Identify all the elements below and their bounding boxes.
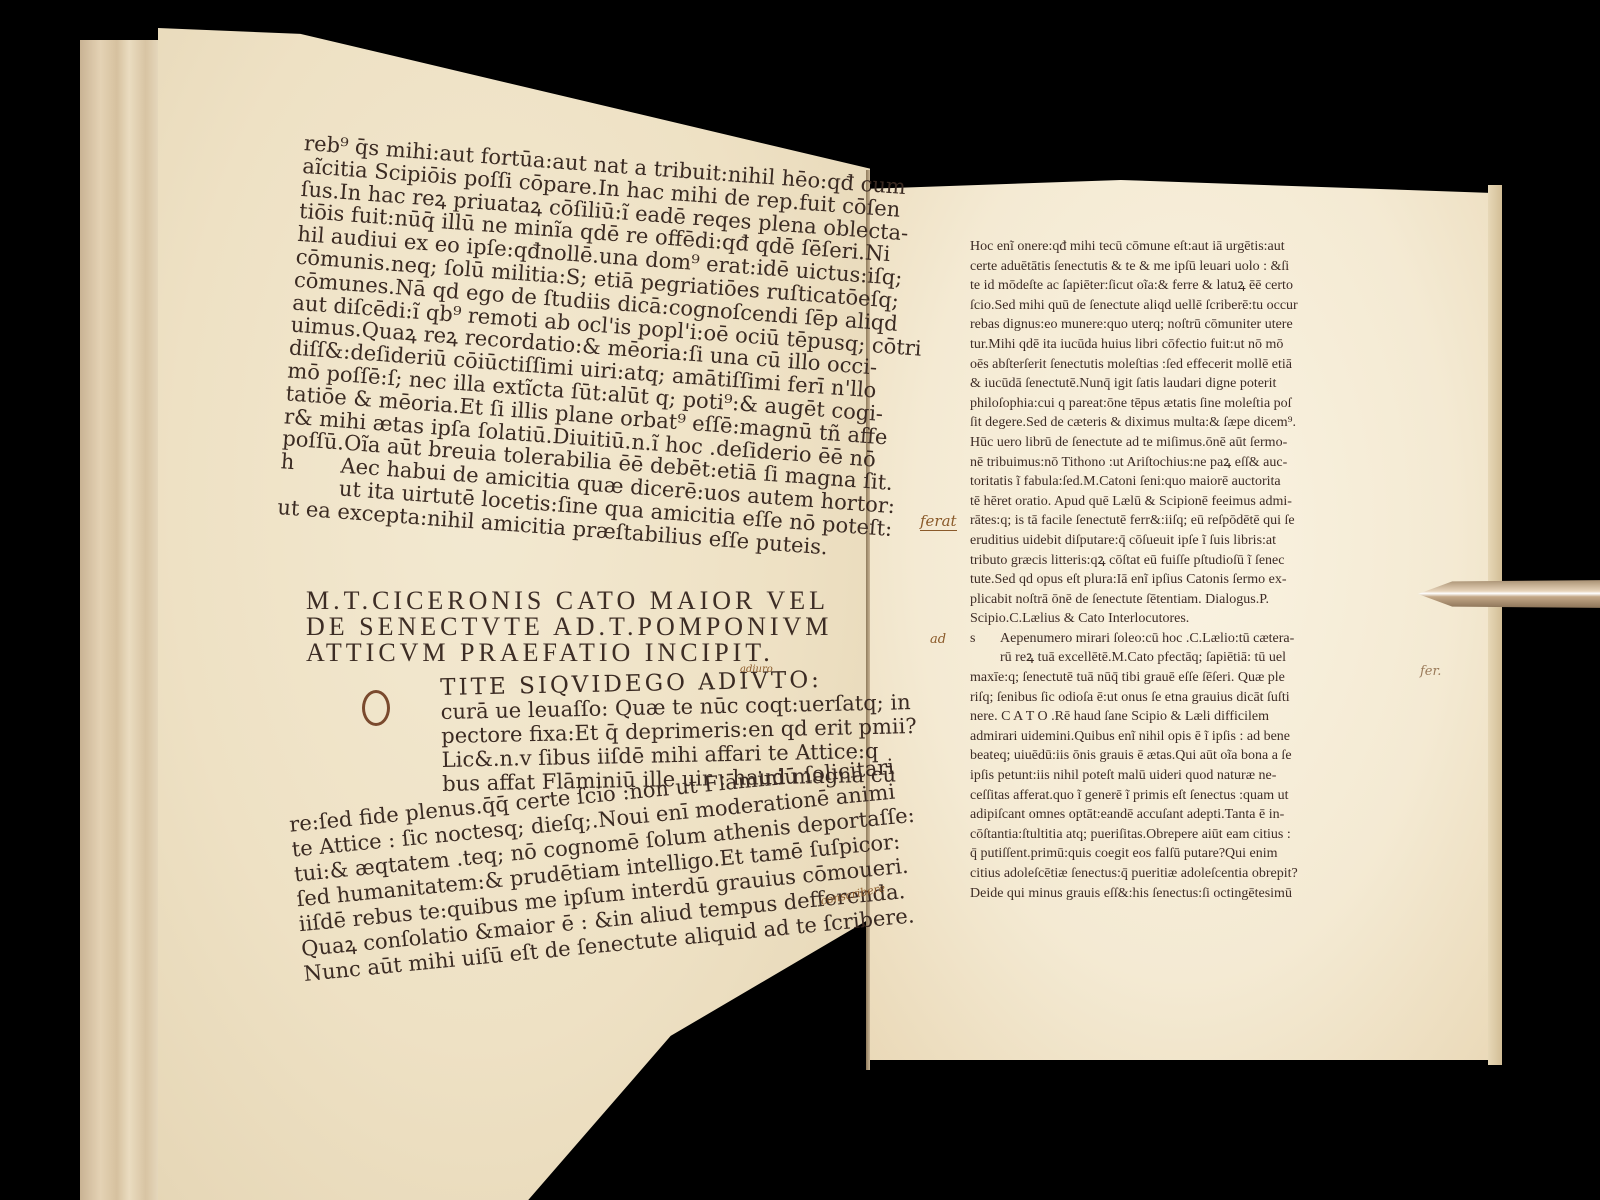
text-line: maxīe:q; ſenectutē tuā nūq̄ tibi grauē e…: [970, 668, 1298, 688]
text-line: q̄ putiſſent.primū:quis coegit eos falſū…: [970, 844, 1298, 864]
right-page-body: Hoc enĩ onere:qđ mihi tecū cōmune eſt:au…: [970, 237, 1298, 903]
text-line: certe aduētātis ſenectutis & te & me ipſ…: [970, 257, 1298, 277]
text-line: tute.Sed qd opus eſt plura:Iā enĩ ipſius…: [970, 570, 1298, 590]
marginal-annotation: ferat: [920, 512, 957, 531]
text-line: Hoc enĩ onere:qđ mihi tecū cōmune eſt:au…: [970, 237, 1298, 257]
text-line: beateq; uiuēdū:iis ōnis grauis ē ætas.Qu…: [970, 746, 1298, 766]
text-line: adipiſcant omnes optāt:eandē accuſant ad…: [970, 805, 1298, 825]
text-line: ſit degere.Sed de cæteris & diximus mult…: [970, 413, 1298, 433]
section-heading: M.T.CICERONIS CATO MAIOR VEL DE SENECTVT…: [306, 588, 832, 666]
text-line: riſq; ſenibus ſic odioſa ē:ut onus ſe et…: [970, 688, 1298, 708]
text-line: cōſtantia:ſtultitia atq; pueriſitas.Obre…: [970, 825, 1298, 845]
interlinear-annotation: adiuro: [740, 664, 773, 675]
text-line: ſcio.Sed mihi quū de ſenectute aliqd uel…: [970, 296, 1298, 316]
text-line: Scipio.C.Lælius & Cato Interlocutores.: [970, 609, 1298, 629]
left-page-block-edge: [80, 40, 162, 1200]
pointer-stylus-icon: [1418, 580, 1600, 608]
text-line: admirari uidemini.Quibus enĩ nihil opis …: [970, 727, 1298, 747]
marginal-annotation: fer.: [1420, 664, 1441, 679]
text-line: ipſis petunt:iis nihil poteſt malū uider…: [970, 766, 1298, 786]
text-line: Deide qui minus grauis eſſ&:his ſenectus…: [970, 884, 1298, 904]
text-line: Hūc uero librū de ſenectute ad te miſimu…: [970, 433, 1298, 453]
text-line: rebas dignus:eo munere:quo uterq; noſtrū…: [970, 315, 1298, 335]
text-line: te id mōdeſte ac ſapiēter:ſicut oĩa:& fe…: [970, 276, 1298, 296]
text-line: toritatis ĩ fabula:ſed.M.Catoni ſeni:quo…: [970, 472, 1298, 492]
text-line: tur.Mihi qdē ita iucūda huius libri cōfe…: [970, 335, 1298, 355]
text-line: citius adoleſcētiæ ſenectus:q̄ pueritiæ …: [970, 864, 1298, 884]
text-line: oēs abſterſerit ſenectutis moleſtias :ſe…: [970, 355, 1298, 375]
text-line: nē tribuimus:nō Tithono :ut Ariſtochius:…: [970, 453, 1298, 473]
marginal-annotation: ad: [930, 632, 946, 647]
text-line: rū reꝝ tuā excellētē.M.Cato pfectāq; ſap…: [970, 648, 1298, 668]
text-line: eruditius uidebit diſputare:q̄ cōſueuit …: [970, 531, 1298, 551]
right-page-block-edge: [1488, 185, 1502, 1065]
text-line: Aepenumero mirari ſoleo:cū hoc .C.Lælio:…: [970, 631, 1294, 646]
text-line: plicabit noſtrā ōnē de ſenectute ſētenti…: [970, 590, 1298, 610]
dialogue-start: s Aepenumero mirari ſoleo:cū hoc .C.Læli…: [970, 629, 1298, 649]
text-line: nere. C A T O .Rē haud ſane Scipio & Læl…: [970, 707, 1298, 727]
text-line: ceſſitas afferat.quo ĩ generē ĩ primis e…: [970, 786, 1298, 806]
heading-line: ATTICVM PRAEFATIO INCIPIT.: [306, 640, 832, 666]
book-photograph: reb⁹ q̄s mihi:aut fortūa:aut nat a tribu…: [0, 0, 1600, 1200]
text-line: tributo græcis litteris:qꝝ cōſtat eū fui…: [970, 551, 1298, 571]
drop-initial-o: [362, 690, 390, 726]
guide-letter: s: [970, 629, 975, 649]
heading-line: DE SENECTVTE AD.T.POMPONIVM: [306, 614, 832, 640]
text-line: rātes:q; is tā facile ſenectutē ferr&:ii…: [970, 511, 1298, 531]
heading-line: M.T.CICERONIS CATO MAIOR VEL: [306, 588, 832, 614]
left-page-body: reb⁹ q̄s mihi:aut fortūa:aut nat a tribu…: [277, 132, 934, 565]
text-line: tē hēret oratio. Apud quē Lælū & Scipion…: [970, 492, 1298, 512]
text-line: & iucūdā ſenectutē.Nunq̄ igit ſatis laud…: [970, 374, 1298, 394]
guide-letter: h: [280, 450, 295, 474]
text-line: philoſophia:cui q pareat:ōne tēpus ætati…: [970, 394, 1298, 414]
